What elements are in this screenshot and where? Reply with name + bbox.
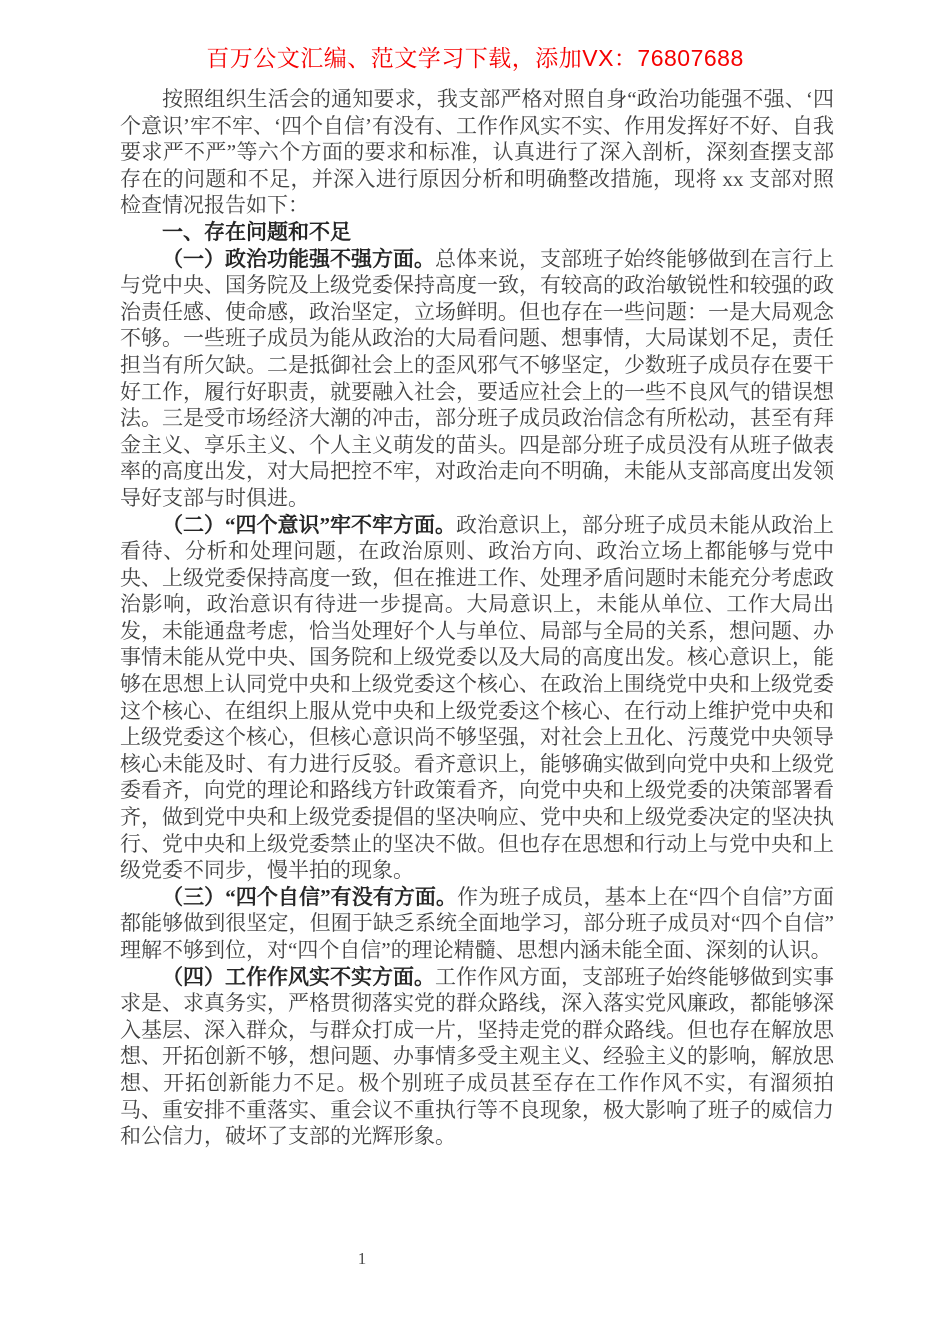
subsection-1-text: 总体来说，支部班子始终能够做到在言行上与党中央、国务院及上级党委保持高度一致，有… — [120, 247, 834, 510]
subsection-work-style: （四）工作作风实不实方面。工作作风方面，支部班子始终能够做到实事求是、求真务实，… — [120, 964, 834, 1150]
subsection-4-lead: （四）工作作风实不实方面。 — [162, 965, 435, 989]
page-number: 1 — [340, 1249, 384, 1269]
document-page: 百万公文汇编、范文学习下载，添加VX：76807688 按照组织生活会的通知要求… — [0, 0, 950, 1344]
subsection-four-confidences: （三）“四个自信”有没有方面。作为班子成员，基本上在“四个自信”方面都能够做到很… — [120, 884, 834, 964]
subsection-political-function: （一）政治功能强不强方面。总体来说，支部班子始终能够做到在言行上与党中央、国务院… — [120, 246, 834, 512]
section-heading-text: 一、存在问题和不足 — [162, 220, 351, 244]
subsection-4-text: 工作作风方面，支部班子始终能够做到实事求是、求真务实，严格贯彻落实党的群众路线，… — [120, 965, 834, 1149]
subsection-3-lead: （三）“四个自信”有没有方面。 — [162, 885, 457, 909]
subsection-2-text: 政治意识上，部分班子成员未能从政治上看待、分析和处理问题，在政治原则、政治方向、… — [120, 513, 834, 883]
intro-paragraph: 按照组织生活会的通知要求，我支部严格对照自身“政治功能强不强、‘四个意识’牢不牢… — [120, 86, 834, 219]
subsection-2-lead: （二）“四个意识”牢不牢方面。 — [162, 513, 456, 537]
subsection-1-lead: （一）政治功能强不强方面。 — [162, 247, 435, 271]
watermark-notice: 百万公文汇编、范文学习下载，添加VX：76807688 — [0, 45, 950, 72]
section-heading-problems: 一、存在问题和不足 — [120, 219, 834, 246]
document-body: 按照组织生活会的通知要求，我支部严格对照自身“政治功能强不强、‘四个意识’牢不牢… — [120, 86, 834, 1150]
subsection-four-consciousnesses: （二）“四个意识”牢不牢方面。政治意识上，部分班子成员未能从政治上看待、分析和处… — [120, 512, 834, 884]
intro-text: 按照组织生活会的通知要求，我支部严格对照自身“政治功能强不强、‘四个意识’牢不牢… — [120, 87, 834, 217]
